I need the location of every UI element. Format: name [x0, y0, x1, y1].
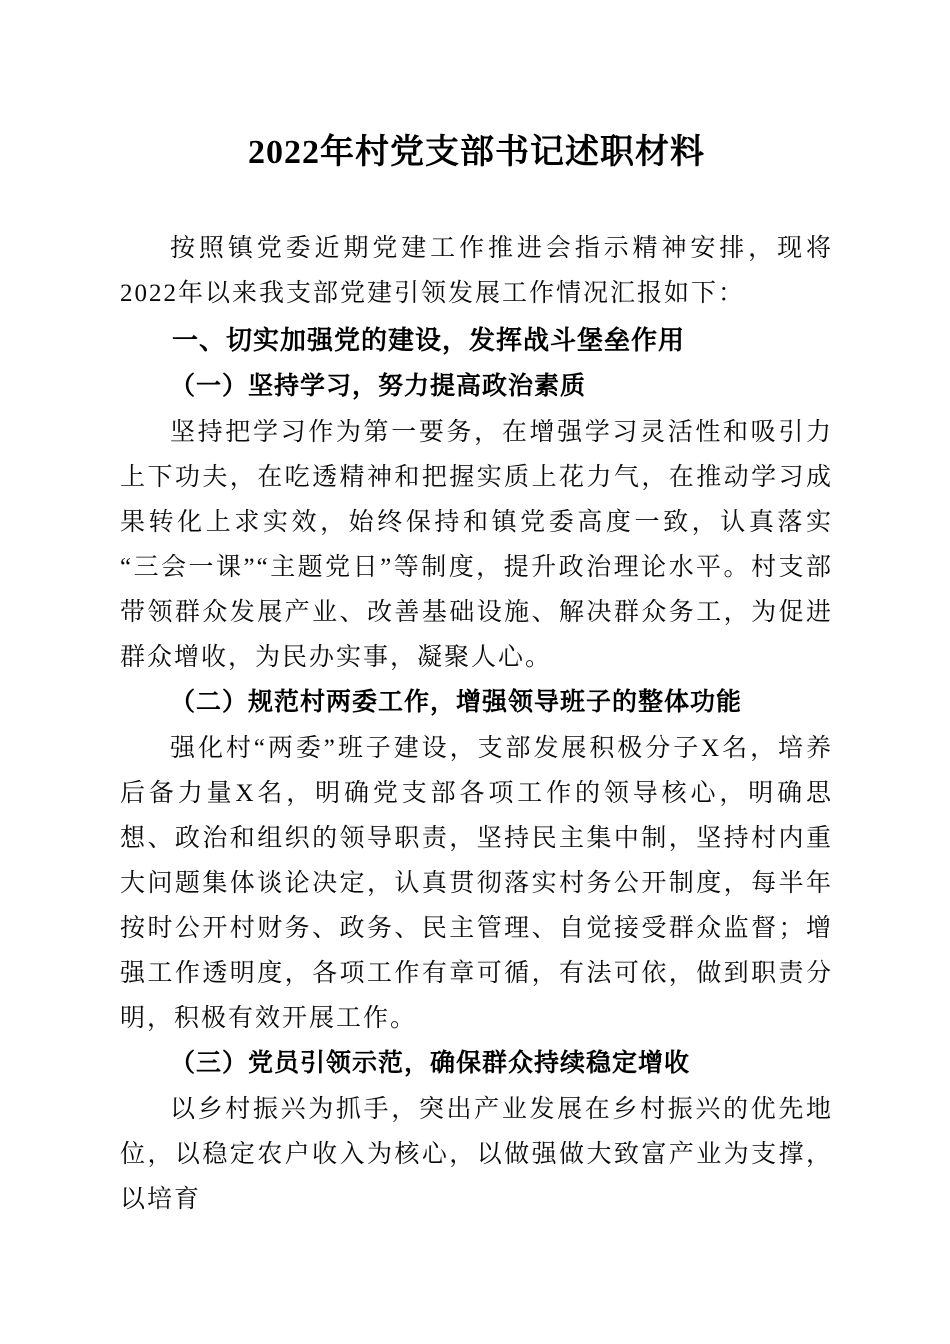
- intro-paragraph: 按照镇党委近期党建工作推进会指示精神安排，现将2022年以来我支部党建引领发展工…: [120, 226, 833, 316]
- subsection-heading-1-2: （二）规范村两委工作，增强领导班子的整体功能: [120, 680, 833, 726]
- document-page: 2022年村党支部书记述职材料 按照镇党委近期党建工作推进会指示精神安排，现将2…: [0, 0, 950, 1344]
- subsection-1-2-paragraph: 强化村“两委”班子建设，支部发展积极分子X名，培养后备力量X名，明确党支部各项工…: [120, 726, 833, 1041]
- subsection-1-3-paragraph: 以乡村振兴为抓手，突出产业发展在乡村振兴的优先地位，以稳定农户收入为核心，以做强…: [120, 1087, 833, 1222]
- subsection-heading-1-3: （三）党员引领示范，确保群众持续稳定增收: [120, 1041, 833, 1087]
- section-heading-1: 一、切实加强党的建设，发挥战斗堡垒作用: [120, 316, 833, 364]
- document-title: 2022年村党支部书记述职材料: [120, 130, 833, 176]
- document-content: 2022年村党支部书记述职材料 按照镇党委近期党建工作推进会指示精神安排，现将2…: [0, 0, 950, 1222]
- subsection-1-1-paragraph: 坚持把学习作为第一要务，在增强学习灵活性和吸引力上下功夫，在吃透精神和把握实质上…: [120, 410, 833, 680]
- subsection-heading-1-1: （一）坚持学习，努力提高政治素质: [120, 364, 833, 410]
